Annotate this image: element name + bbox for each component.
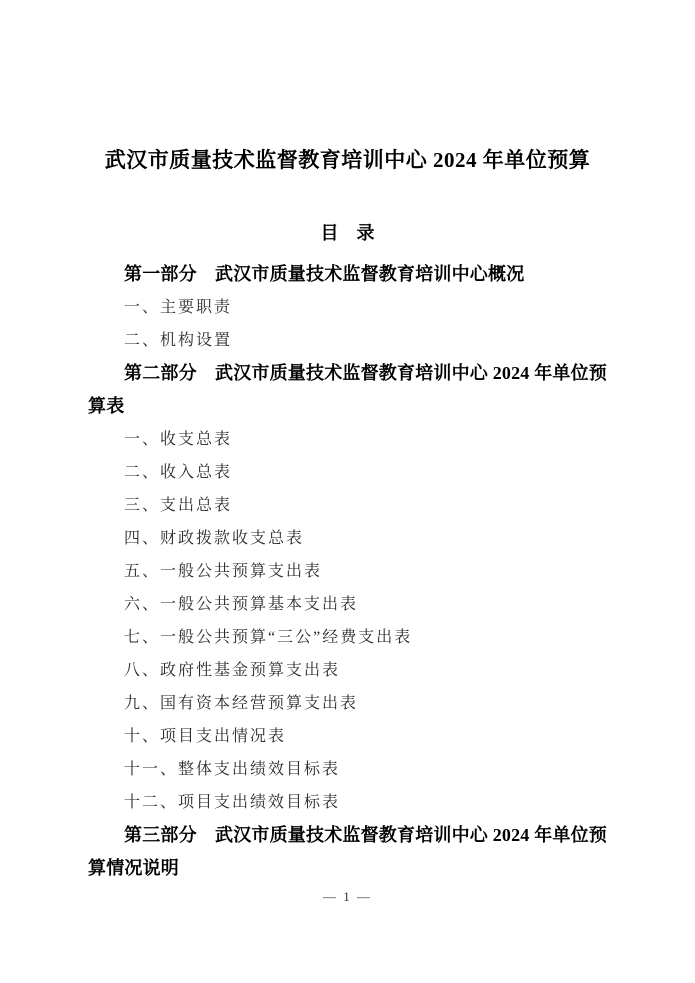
toc-item: 九、国有资本经营预算支出表 [88,687,607,720]
toc-item: 一、主要职责 [88,291,607,324]
toc-section-heading: 第二部分 武汉市质量技术监督教育培训中心 2024 年单位预算表 [88,357,607,423]
page-number: — 1 — [0,889,695,905]
toc-heading: 目 录 [88,220,607,246]
document-page: 武汉市质量技术监督教育培训中心 2024 年单位预算 目 录 第一部分 武汉市质… [0,0,695,983]
toc-list: 第一部分 武汉市质量技术监督教育培训中心概况一、主要职责二、机构设置第二部分 武… [88,258,607,885]
toc-item: 三、支出总表 [88,489,607,522]
toc-item: 十二、项目支出绩效目标表 [88,786,607,819]
toc-item: 十、项目支出情况表 [88,720,607,753]
toc-item: 六、一般公共预算基本支出表 [88,588,607,621]
toc-section-heading: 第三部分 武汉市质量技术监督教育培训中心 2024 年单位预算情况说明 [88,819,607,885]
document-title: 武汉市质量技术监督教育培训中心 2024 年单位预算 [88,145,607,175]
toc-item: 二、机构设置 [88,324,607,357]
toc-item: 十一、整体支出绩效目标表 [88,753,607,786]
toc-item: 二、收入总表 [88,456,607,489]
toc-section-heading: 第一部分 武汉市质量技术监督教育培训中心概况 [88,258,607,291]
toc-item: 七、一般公共预算“三公”经费支出表 [88,621,607,654]
toc-item: 八、政府性基金预算支出表 [88,654,607,687]
toc-item: 一、收支总表 [88,423,607,456]
toc-item: 四、财政拨款收支总表 [88,522,607,555]
toc-item: 五、一般公共预算支出表 [88,555,607,588]
